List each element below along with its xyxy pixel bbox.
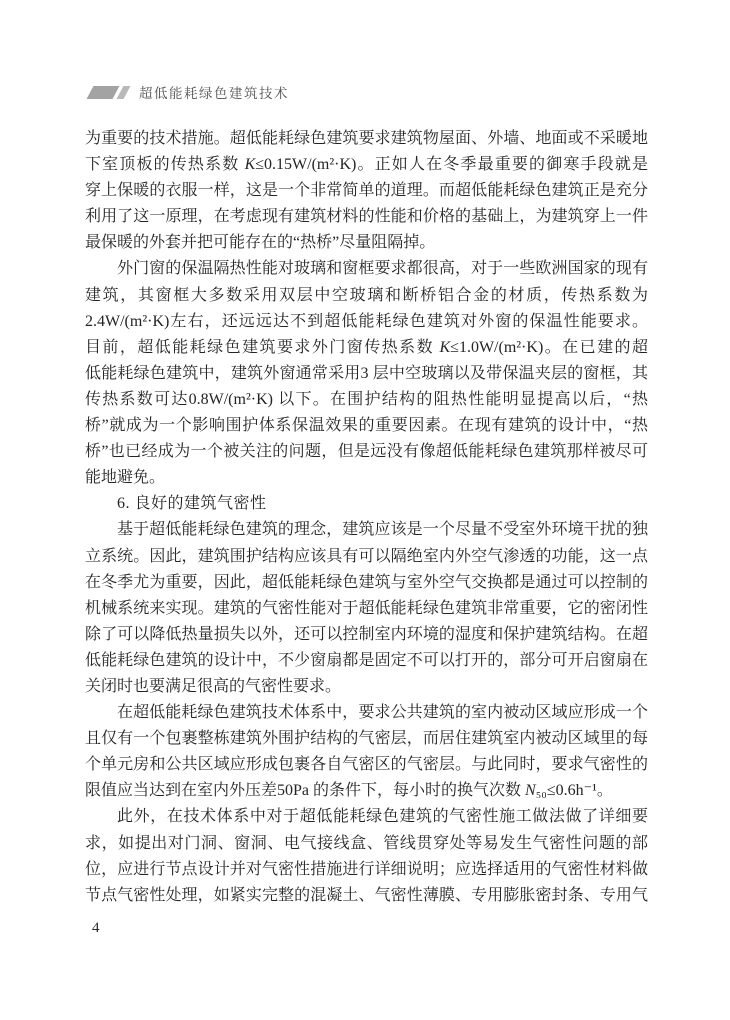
text-line: 桥”就成为一个影响围护体系保温效果的重要因素。在现有建筑的设计中，“热 [85, 413, 648, 439]
text-line: 且仅有一个包裹整栋建筑外围护结构的气密层，而居住建筑室内被动区域里的每 [85, 726, 648, 752]
text-line: 限值应当达到在室内外压差50Pa 的条件下，每小时的换气次数 N₅₀≤0.6h⁻… [85, 778, 648, 804]
text-line: 能地避免。 [85, 465, 648, 491]
text-line: 在冬季尤为重要，因此，超低能耗绿色建筑与室外空气交换都是通过可以控制的 [85, 570, 648, 596]
text-line: 外门窗的保温隔热性能对玻璃和窗框要求都很高，对于一些欧洲国家的现有 [85, 256, 648, 282]
text-line: 传热系数可达0.8W/(m²·K) 以下。在围护结构的阻热性能明显提高以后，“热 [85, 387, 648, 413]
text-line: 在超低能耗绿色建筑技术体系中，要求公共建筑的室内被动区域应形成一个 [85, 700, 648, 726]
body-text: 为重要的技术措施。超低能耗绿色建筑要求建筑物屋面、外墙、地面或不采暖地下室顶板的… [85, 126, 648, 909]
text-line: 2.4W/(m²·K)左右，还远远达不到超低能耗绿色建筑对外窗的保温性能要求。 [85, 309, 648, 335]
text-line: 最保暖的外套并把可能存在的“热桥”尽量阻隔掉。 [85, 230, 648, 256]
parallelogram-stripes-icon [84, 86, 127, 99]
text-line: 低能耗绿色建筑中，建筑外窗通常采用3 层中空玻璃以及带保温夹层的窗框，其 [85, 361, 648, 387]
text-line: 低能耗绿色建筑的设计中，不少窗扇都是固定不可以打开的，部分可开启窗扇在 [85, 648, 648, 674]
text-line: 求，如提出对门洞、窗洞、电气接线盒、管线贯穿处等易发生气密性问题的部 [85, 831, 648, 857]
text-line: 立系统。因此，建筑围护结构应该具有可以隔绝室内外空气渗透的功能，这一点 [85, 544, 648, 570]
text-line: 基于超低能耗绿色建筑的理念，建筑应该是一个尽量不受室外环境干扰的独 [85, 517, 648, 543]
logo-stripe-large [87, 86, 120, 99]
text-line: 目前，超低能耗绿色建筑要求外门窗传热系数 K≤1.0W/(m²·K)。在已建的超 [85, 335, 648, 361]
text-line: 建筑，其窗框大多数采用双层中空玻璃和断桥铝合金的材质，传热系数为 [85, 283, 648, 309]
text-line: 除了可以降低热量损失以外，还可以控制室内环境的湿度和保护建筑结构。在超 [85, 622, 648, 648]
text-line: 节点气密性处理，如紧实完整的混凝土、气密性薄膜、专用膨胀密封条、专用气 [85, 883, 648, 909]
book-page: 超低能耗绿色建筑技术 为重要的技术措施。超低能耗绿色建筑要求建筑物屋面、外墙、地… [0, 0, 730, 1020]
running-header-title: 超低能耗绿色建筑技术 [139, 82, 289, 102]
text-line: 为重要的技术措施。超低能耗绿色建筑要求建筑物屋面、外墙、地面或不采暖地 [85, 126, 648, 152]
page-number: 4 [92, 920, 100, 937]
text-line: 机械系统来实现。建筑的气密性能对于超低能耗绿色建筑非常重要，它的密闭性 [85, 596, 648, 622]
running-header: 超低能耗绿色建筑技术 [84, 84, 289, 100]
text-line: 个单元房和公共区域应形成包裹各自气密区的气密层。与此同时，要求气密性的 [85, 752, 648, 778]
text-line: 位，应进行节点设计并对气密性措施进行详细说明；应选择适用的气密性材料做 [85, 857, 648, 883]
section-heading: 6. 良好的建筑气密性 [85, 491, 648, 517]
text-line: 下室顶板的传热系数 K≤0.15W/(m²·K)。正如人在冬季最重要的御寒手段就… [85, 152, 648, 178]
text-line: 关闭时也要满足很高的气密性要求。 [85, 674, 648, 700]
text-line: 穿上保暖的衣服一样，这是一个非常简单的道理。而超低能耗绿色建筑正是充分 [85, 178, 648, 204]
text-line: 桥”也已经成为一个被关注的问题，但是远没有像超低能耗绿色建筑那样被尽可 [85, 439, 648, 465]
text-line: 利用了这一原理，在考虑现有建筑材料的性能和价格的基础上，为建筑穿上一件 [85, 204, 648, 230]
text-line: 此外，在技术体系中对于超低能耗绿色建筑的气密性施工做法做了详细要 [85, 804, 648, 830]
